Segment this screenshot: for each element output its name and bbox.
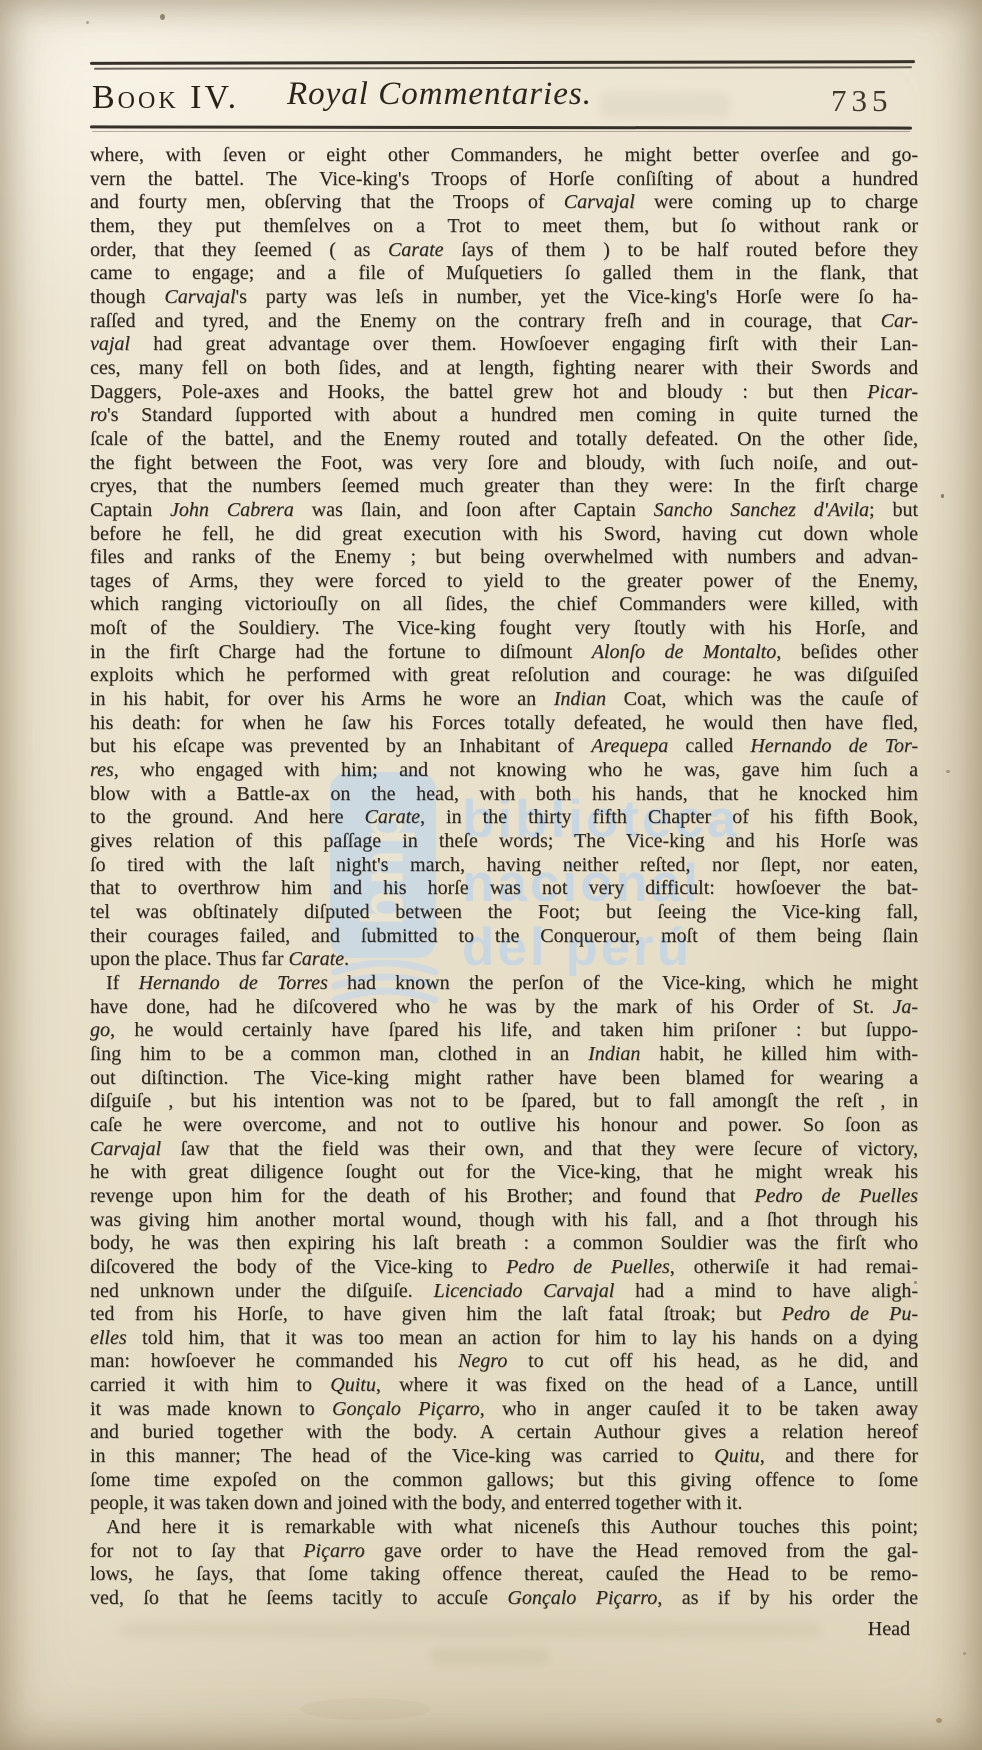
text-line: gives relation of this paſſage in theſe … (90, 830, 918, 854)
text-line: man: howſoever he commanded his Negro to… (90, 1350, 918, 1374)
text-line: and buried together with the body. A cer… (90, 1421, 918, 1445)
text-line: elles told him, that it was too mean an … (90, 1327, 918, 1351)
text-line: raſſed and tyred, and the Enemy on the c… (90, 310, 918, 334)
text-line: was giving him another mortal wound, tho… (90, 1209, 918, 1233)
text-line: before he fell, he did great execution w… (90, 523, 918, 547)
text-line: body, he was then expiring his laſt brea… (90, 1232, 918, 1256)
text-line: but his eſcape was prevented by an Inhab… (90, 735, 918, 759)
text-line: their courages failed, and ſubmitted to … (90, 925, 918, 949)
text-line: cryes, that the numbers ſeemed much grea… (90, 475, 918, 499)
text-line: people, it was taken down and joined wit… (90, 1492, 918, 1516)
text-line: where, with ſeven or eight other Command… (90, 144, 918, 168)
book-label: Book IV. (92, 79, 239, 117)
paper-speck (160, 14, 165, 20)
paper-stain (300, 1698, 430, 1720)
text-line: res, who engaged with him; and not knowi… (90, 759, 918, 783)
running-title: Royal Commentaries. (287, 76, 592, 113)
text-line: to the ground. And here Carate, in the t… (90, 806, 918, 830)
text-line: ſcale of the battel, and the Enemy route… (90, 428, 918, 452)
text-line: revenge upon him for the death of his Br… (90, 1185, 918, 1209)
text-line: ved, ſo that he ſeems tacitly to accuſe … (90, 1587, 918, 1611)
text-line: caſe he were overcome, and not to outliv… (90, 1114, 918, 1138)
body-text: where, with ſeven or eight other Command… (90, 144, 918, 1611)
text-line: in this manner; The head of the Vice-kin… (90, 1445, 918, 1469)
text-line: them, they put themſelves on a Trot to m… (90, 215, 918, 239)
text-line: vajal had great advantage over them. How… (90, 333, 918, 357)
text-line: it was made known to Gonçalo Piçarro, wh… (90, 1398, 918, 1422)
text-line: ro's Standard ſupported with about a hun… (90, 404, 918, 428)
paper-speck (941, 494, 944, 498)
text-line: and fourty men, obſerving that the Troop… (90, 191, 918, 215)
paper-speck (963, 1652, 966, 1655)
text-line: which ranging victoriouſly on all ſides,… (90, 593, 918, 617)
text-line: moſt of the Souldiery. The Vice-king fou… (90, 617, 918, 641)
text-line: vern the battel. The Vice-king's Troops … (90, 168, 918, 192)
text-line: in his habit, for over his Arms he wore … (90, 688, 918, 712)
text-line: Carvajal ſaw that the field was their ow… (90, 1138, 918, 1162)
text-line: he with great diligence ſought out for t… (90, 1161, 918, 1185)
paper-speck (86, 21, 89, 24)
text-line: that to overthrow him and his horſe was … (90, 877, 918, 901)
page-number: 735 (831, 83, 893, 119)
text-line: ſome time expoſed on the common gallows;… (90, 1469, 918, 1493)
text-line: in the firſt Charge had the fortune to d… (90, 641, 918, 665)
text-line: out diſtinction. The Vice-king might rat… (90, 1067, 918, 1091)
text-line: his death: for when he ſaw his Forces to… (90, 712, 918, 736)
text-line: order, that they ſeemed ( as Carate ſays… (90, 239, 918, 263)
text-line: And here it is remarkable with what nice… (90, 1516, 918, 1540)
text-line: diſguiſe , but his intention was not to … (90, 1090, 918, 1114)
text-line: ned unknown under the diſguiſe. Licencia… (90, 1280, 918, 1304)
text-line: If Hernando de Torres had known the perſ… (90, 972, 918, 996)
paper-speck (946, 770, 950, 773)
book-page-scan: bnp biblioteca nacional del perú Book IV… (0, 0, 982, 1750)
text-line: ſing him to be a common man, clothed in … (90, 1043, 918, 1067)
showthrough-ghost (430, 1648, 550, 1665)
text-line: ſo tired with the laſt night's march, ha… (90, 854, 918, 878)
text-line: though Carvajal's party was leſs in numb… (90, 286, 918, 310)
text-line: tages of Arms, they were forced to yield… (90, 570, 918, 594)
text-line: Daggers, Pole-axes and Hooks, the battel… (90, 381, 918, 405)
text-line: ted from his Horſe, to have given him th… (90, 1303, 918, 1327)
text-line: exploits which he performed with great r… (90, 664, 918, 688)
text-line: have done, had he diſcovered who he was … (90, 996, 918, 1020)
text-line: go, he would certainly have ſpared his l… (90, 1019, 918, 1043)
text-line: lows, he ſays, that ſome taking offence … (90, 1563, 918, 1587)
text-line: came to engage; and a file of Muſquetier… (90, 262, 918, 286)
text-line: blow with a Battle-ax on the head, with … (90, 783, 918, 807)
paper-speck (936, 1718, 942, 1723)
text-line: for not to ſay that Piçarro gave order t… (90, 1540, 918, 1564)
text-line: files and ranks of the Enemy ; but being… (90, 546, 918, 570)
text-line: Captain John Cabrera was ſlain, and ſoon… (90, 499, 918, 523)
text-line: upon the place. Thus far Carate. (90, 948, 918, 972)
text-line: tel was obſtinately diſputed between the… (90, 901, 918, 925)
catchword: Head (90, 1618, 918, 1641)
text-line: ces, many fell on both ſides, and at len… (90, 357, 918, 381)
showthrough-ghost (600, 92, 730, 118)
text-line: diſcovered the body of the Vice-king to … (90, 1256, 918, 1280)
text-line: the fight between the Foot, was very ſor… (90, 452, 918, 476)
text-line: carried it with him to Quitu, where it w… (90, 1374, 918, 1398)
